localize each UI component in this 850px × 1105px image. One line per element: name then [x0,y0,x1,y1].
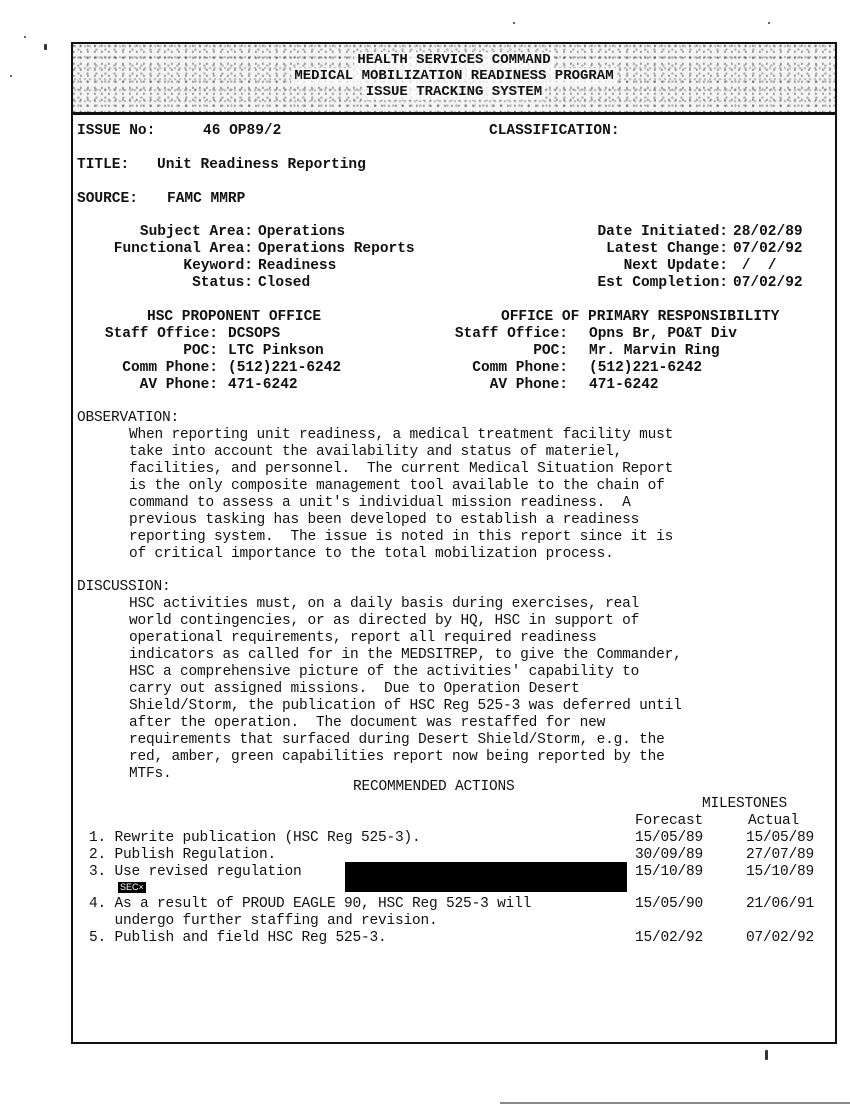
proponent-office-heading: HSC PROPONENT OFFICE [147,309,321,326]
primary-comm-phone-value: (512)221-6242 [589,360,702,377]
banner-line-1: HEALTH SERVICES COMMAND [354,52,553,68]
discussion-line: HSC activities must, on a daily basis du… [129,596,639,613]
scan-speck [10,75,12,77]
milestones-heading: MILESTONES [702,796,787,813]
primary-poc-value: Mr. Marvin Ring [589,343,720,360]
subject-area-label: Subject Area: [73,224,253,241]
observation-line: is the only composite management tool av… [129,478,665,495]
observation-line: previous tasking has been developed to e… [129,512,639,529]
date-initiated-value: 28/02/89 [733,224,803,241]
primary-poc-label: POC: [433,343,568,360]
scan-speck [513,22,515,24]
action-item-forecast: 15/05/89 [635,830,703,847]
issue-no-value: 46 OP89/2 [203,123,281,140]
scan-speck [768,22,770,24]
scan-mark [765,1050,768,1060]
action-item-forecast: 15/10/89 [635,864,703,881]
action-item-text: 4. As a result of PROUD EAGLE 90, HSC Re… [89,896,531,913]
proponent-staff-office-label: Staff Office: [73,326,218,343]
action-item-text: 3. Use revised regulation [89,864,302,881]
latest-change-value: 07/02/92 [733,241,803,258]
est-completion-label: Est Completion: [493,275,728,292]
forecast-column-header: Forecast [635,813,703,830]
discussion-line: MTFs. [129,766,172,783]
discussion-line: after the operation. The document was re… [129,715,605,732]
next-update-label: Next Update: [493,258,728,275]
primary-office-heading: OFFICE OF PRIMARY RESPONSIBILITY [501,309,779,326]
banner-line-3: ISSUE TRACKING SYSTEM [363,84,545,100]
primary-staff-office-value: Opns Br, PO&T Div [589,326,737,343]
discussion-line: indicators as called for in the MEDSITRE… [129,647,682,664]
discussion-line: requirements that surfaced during Desert… [129,732,665,749]
observation-line: facilities, and personnel. The current M… [129,461,673,478]
est-completion-value: 07/02/92 [733,275,803,292]
proponent-poc-value: LTC Pinkson [228,343,324,360]
scan-speck [24,36,26,38]
discussion-line: carry out assigned missions. Due to Oper… [129,681,580,698]
title-label: TITLE: [77,157,129,174]
recommended-actions-heading: RECOMMENDED ACTIONS [353,779,515,796]
action-item-forecast: 15/05/90 [635,896,703,913]
primary-comm-phone-label: Comm Phone: [433,360,568,377]
discussion-line: world contingencies, or as directed by H… [129,613,639,630]
observation-line: When reporting unit readiness, a medical… [129,427,673,444]
source-label: SOURCE: [77,191,138,208]
discussion-heading: DISCUSSION: [77,579,171,596]
observation-line: command to assess a unit's individual mi… [129,495,631,512]
redaction-tag: SEC× [118,882,146,893]
action-item-text: 5. Publish and field HSC Reg 525-3. [89,930,387,947]
issue-no-label: ISSUE No: [77,123,155,140]
next-update-value: / / [733,258,777,275]
action-item-forecast: 30/09/89 [635,847,703,864]
banner-line-2: MEDICAL MOBILIZATION READINESS PROGRAM [291,68,616,84]
action-item-text: 1. Rewrite publication (HSC Reg 525-3). [89,830,421,847]
discussion-line: red, amber, green capabilities report no… [129,749,665,766]
date-initiated-label: Date Initiated: [493,224,728,241]
action-item-text: 2. Publish Regulation. [89,847,276,864]
observation-heading: OBSERVATION: [77,410,179,427]
latest-change-label: Latest Change: [493,241,728,258]
primary-av-phone-label: AV Phone: [433,377,568,394]
action-item-text-continued: undergo further staffing and revision. [89,913,438,930]
discussion-line: HSC a comprehensive picture of the activ… [129,664,639,681]
action-item-actual: 15/10/89 [746,864,814,881]
redaction-block [345,862,627,892]
discussion-line: operational requirements, report all req… [129,630,597,647]
footer-rule [500,1102,850,1104]
scan-speck [44,44,47,50]
title-value: Unit Readiness Reporting [157,157,366,174]
classification-label: CLASSIFICATION: [489,123,620,140]
discussion-line: Shield/Storm, the publication of HSC Reg… [129,698,682,715]
proponent-av-phone-label: AV Phone: [73,377,218,394]
action-item-actual: 27/07/89 [746,847,814,864]
form-banner: HEALTH SERVICES COMMAND MEDICAL MOBILIZA… [73,44,835,115]
primary-staff-office-label: Staff Office: [433,326,568,343]
observation-line: reporting system. The issue is noted in … [129,529,673,546]
source-value: FAMC MMRP [167,191,245,208]
functional-area-value: Operations Reports [258,241,415,258]
actual-column-header: Actual [748,813,799,830]
action-item-actual: 21/06/91 [746,896,814,913]
keyword-label: Keyword: [73,258,253,275]
keyword-value: Readiness [258,258,336,275]
status-label: Status: [73,275,253,292]
proponent-poc-label: POC: [73,343,218,360]
proponent-comm-phone-value: (512)221-6242 [228,360,341,377]
proponent-staff-office-value: DCSOPS [228,326,280,343]
status-value: Closed [258,275,310,292]
proponent-comm-phone-label: Comm Phone: [73,360,218,377]
observation-line: take into account the availability and s… [129,444,622,461]
action-item-forecast: 15/02/92 [635,930,703,947]
primary-av-phone-value: 471-6242 [589,377,659,394]
observation-line: of critical importance to the total mobi… [129,546,614,563]
subject-area-value: Operations [258,224,345,241]
action-item-actual: 15/05/89 [746,830,814,847]
issue-tracking-form: HEALTH SERVICES COMMAND MEDICAL MOBILIZA… [71,42,837,1044]
action-item-actual: 07/02/92 [746,930,814,947]
functional-area-label: Functional Area: [73,241,253,258]
proponent-av-phone-value: 471-6242 [228,377,298,394]
